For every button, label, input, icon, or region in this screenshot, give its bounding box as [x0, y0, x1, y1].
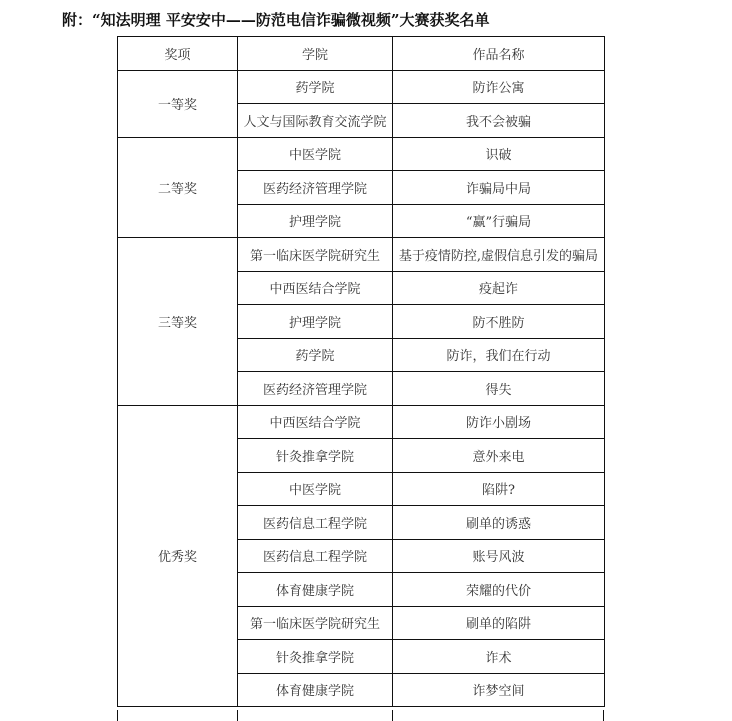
work-cell: 诈梦空间	[393, 673, 605, 707]
college-cell: 人文与国际教育交流学院	[238, 104, 393, 138]
college-cell: 医药信息工程学院	[238, 506, 393, 540]
college-cell: 中医学院	[238, 472, 393, 506]
header-work: 作品名称	[393, 37, 605, 71]
work-cell: 意外来电	[393, 439, 605, 473]
work-cell: 诈术	[393, 640, 605, 674]
college-cell: 针灸推拿学院	[238, 439, 393, 473]
college-cell: 中西医结合学院	[238, 271, 393, 305]
college-cell: 第一临床医学院研究生	[238, 606, 393, 640]
work-cell: 基于疫情防控,虚假信息引发的骗局	[393, 238, 605, 272]
work-cell: 荣耀的代价	[393, 573, 605, 607]
work-cell: 陷阱?	[393, 472, 605, 506]
work-cell: 防诈小剧场	[393, 405, 605, 439]
award-cell: 三等奖	[118, 238, 238, 406]
college-cell: 第一临床医学院研究生	[238, 238, 393, 272]
table-border-continuation	[392, 710, 393, 721]
header-college: 学院	[238, 37, 393, 71]
work-cell: 防诈公寓	[393, 70, 605, 104]
table-border-continuation	[603, 710, 604, 721]
work-cell: 我不会被骗	[393, 104, 605, 138]
work-cell: 账号风波	[393, 539, 605, 573]
college-cell: 药学院	[238, 70, 393, 104]
college-cell: 体育健康学院	[238, 573, 393, 607]
table-row: 一等奖 药学院 防诈公寓	[118, 70, 605, 104]
college-cell: 药学院	[238, 338, 393, 372]
work-cell: 识破	[393, 137, 605, 171]
college-cell: 医药经济管理学院	[238, 171, 393, 205]
college-cell: 护理学院	[238, 305, 393, 339]
college-cell: 中医学院	[238, 137, 393, 171]
work-cell: 刷单的陷阱	[393, 606, 605, 640]
work-cell: 得失	[393, 372, 605, 406]
work-cell: “赢”行骗局	[393, 204, 605, 238]
header-award: 奖项	[118, 37, 238, 71]
document-title: 附：“知法明理 平安安中——防范电信诈骗微视频”大赛获奖名单	[62, 10, 489, 30]
college-cell: 针灸推拿学院	[238, 640, 393, 674]
college-cell: 体育健康学院	[238, 673, 393, 707]
table-border-continuation	[237, 710, 238, 721]
college-cell: 医药经济管理学院	[238, 372, 393, 406]
work-cell: 防不胜防	[393, 305, 605, 339]
award-cell: 一等奖	[118, 70, 238, 137]
work-cell: 刷单的诱惑	[393, 506, 605, 540]
award-cell: 二等奖	[118, 137, 238, 238]
work-cell: 诈骗局中局	[393, 171, 605, 205]
work-cell: 疫起诈	[393, 271, 605, 305]
college-cell: 医药信息工程学院	[238, 539, 393, 573]
table-row: 二等奖 中医学院 识破	[118, 137, 605, 171]
award-cell: 优秀奖	[118, 405, 238, 707]
college-cell: 中西医结合学院	[238, 405, 393, 439]
table-header-row: 奖项 学院 作品名称	[118, 37, 605, 71]
awards-table: 奖项 学院 作品名称 一等奖 药学院 防诈公寓 人文与国际教育交流学院 我不会被…	[117, 36, 605, 707]
table-row: 三等奖 第一临床医学院研究生 基于疫情防控,虚假信息引发的骗局	[118, 238, 605, 272]
table-border-continuation	[117, 710, 118, 721]
college-cell: 护理学院	[238, 204, 393, 238]
work-cell: 防诈，我们在行动	[393, 338, 605, 372]
table-row: 优秀奖 中西医结合学院 防诈小剧场	[118, 405, 605, 439]
